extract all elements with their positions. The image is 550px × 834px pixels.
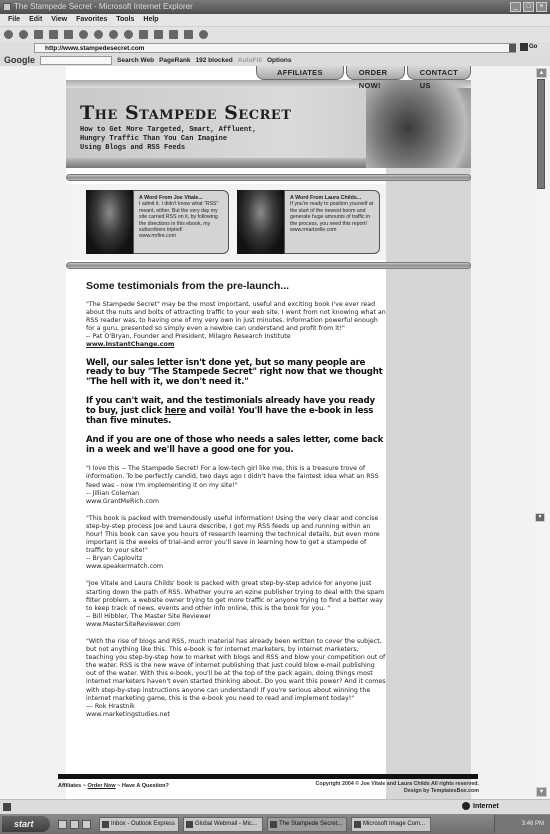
divider-bar: [66, 262, 471, 269]
testimonial-author: -- Pat O'Bryan, Founder and President, M…: [86, 333, 386, 341]
menu-file[interactable]: File: [8, 14, 20, 26]
task-webmail[interactable]: Global Webmail - Mic...: [183, 817, 263, 832]
site-nav: AFFILIATES ORDER NOW! CONTACT US: [256, 66, 471, 80]
site-header: The Stampede Secret How to Get More Targ…: [66, 80, 471, 168]
header-face-image: [366, 80, 471, 168]
task-image-composer[interactable]: Microsoft Image Com...: [351, 817, 431, 832]
order-here-link[interactable]: here: [165, 406, 186, 416]
search-web-button[interactable]: Search Web: [117, 57, 154, 64]
menu-favorites[interactable]: Favorites: [76, 14, 107, 26]
mail-icon[interactable]: [139, 30, 148, 39]
minimize-button[interactable]: _: [510, 2, 521, 12]
print-icon[interactable]: [154, 30, 163, 39]
page-status-icon: [3, 803, 11, 811]
title-bar: The Stampede Secret - Microsoft Internet…: [0, 0, 550, 14]
testimonial: "Joe Vitale and Laura Childs' book is pa…: [86, 580, 386, 629]
globe-icon: [462, 802, 470, 810]
scroll-down-button[interactable]: ▼: [536, 787, 547, 797]
promo-joe: A Word From Joe Vitale... I admit it. I …: [86, 190, 229, 254]
quick-launch: [58, 820, 91, 829]
testimonial-link[interactable]: www.MasterSiteReviewer.com: [86, 621, 386, 629]
security-zone: Internet: [462, 802, 499, 810]
maximize-button[interactable]: □: [523, 2, 534, 12]
menu-bar: File Edit View Favorites Tools Help: [0, 14, 550, 26]
scroll-thumb[interactable]: [537, 79, 545, 189]
clock[interactable]: 3:46 PM: [522, 821, 544, 827]
testimonial-author: -- Jillian Coleman: [86, 490, 386, 498]
favorites-icon[interactable]: [94, 30, 103, 39]
footer-copyright: Copyright 2004 © Joe Vitale and Laura Ch…: [316, 781, 479, 794]
testimonial: "This book is packed with tremendously u…: [86, 515, 386, 572]
menu-help[interactable]: Help: [143, 14, 158, 26]
promo-text: I admit it. I didn't know what "RSS" mea…: [139, 201, 218, 233]
site-title: The Stampede Secret: [80, 102, 291, 124]
edit-icon[interactable]: [169, 30, 178, 39]
popup-blocked-button[interactable]: 192 blocked: [196, 57, 233, 64]
task-stampede[interactable]: The Stampede Secret...: [267, 817, 347, 832]
media-quicklaunch-icon[interactable]: [82, 820, 91, 829]
nav-affiliates[interactable]: AFFILIATES: [256, 66, 344, 80]
ie-window: The Stampede Secret - Microsoft Internet…: [0, 0, 550, 834]
promo-text: If you're ready to position yourself at …: [290, 201, 373, 226]
task-outlook[interactable]: Inbox - Outlook Express: [99, 817, 179, 832]
pitch-paragraph-1: Well, our sales letter isn't done yet, b…: [86, 359, 386, 388]
status-bar: Internet: [0, 799, 550, 814]
pagerank-indicator[interactable]: PageRank: [159, 57, 190, 64]
testimonial-author: -- Bill Hibbler, The Master Site Reviewe…: [86, 613, 386, 621]
go-arrow-icon: [520, 43, 528, 51]
testimonial-link[interactable]: www.GrantMeRich.com: [86, 498, 386, 506]
back-icon[interactable]: [4, 30, 13, 39]
menu-view[interactable]: View: [51, 14, 67, 26]
address-dropdown[interactable]: [509, 44, 516, 52]
design-credit: Design by TemplatesBox.com: [316, 788, 479, 795]
stop-icon[interactable]: [34, 30, 43, 39]
ie-icon: [3, 3, 11, 11]
page-viewport: The Stampede Secret How to Get More Targ…: [0, 66, 535, 799]
promo-section: A Word From Joe Vitale... I admit it. I …: [66, 184, 386, 260]
menu-edit[interactable]: Edit: [29, 14, 42, 26]
history-icon[interactable]: [124, 30, 133, 39]
footer-links: Affiliates ~ Order Now ~ Have A Question…: [58, 783, 169, 789]
media-icon[interactable]: [109, 30, 118, 39]
nav-contact-us[interactable]: CONTACT US: [407, 66, 471, 80]
promo-link[interactable]: www.rmartzelle.com: [290, 227, 336, 233]
main-content: Some testimonials from the pre-launch...…: [86, 280, 386, 728]
nav-order-now[interactable]: ORDER NOW!: [346, 66, 405, 80]
site-subtitle: How to Get More Targeted, Smart, Affluen…: [80, 126, 256, 153]
divider-bar: [66, 174, 471, 181]
testimonial: "The Stampede Secret" may be the most im…: [86, 301, 386, 350]
google-toolbar: Google Search Web PageRank 192 blocked A…: [0, 54, 550, 66]
options-button[interactable]: Options: [267, 57, 292, 64]
testimonial-author: --- Rok Hrastnik: [86, 703, 386, 711]
go-button[interactable]: Go: [520, 43, 537, 51]
system-tray: 3:46 PM: [494, 815, 550, 833]
taskbar: start Inbox - Outlook Express Global Web…: [0, 814, 550, 834]
testimonial: "I love this -- The Stampede Secret! For…: [86, 465, 386, 505]
footer-question-link[interactable]: Have A Question?: [122, 783, 169, 789]
standard-toolbar: [0, 26, 550, 42]
testimonial-link[interactable]: www.speakermatch.com: [86, 563, 386, 571]
copyright-text: Copyright 2004 © Joe Vitale and Laura Ch…: [316, 781, 479, 788]
testimonial: "With the rise of blogs and RSS, much ma…: [86, 638, 386, 719]
pitch-paragraph-3: And if you are one of those who needs a …: [86, 436, 386, 455]
footer-divider: [58, 774, 478, 779]
testimonial-link[interactable]: www.marketingstudies.net: [86, 711, 386, 719]
home-icon[interactable]: [64, 30, 73, 39]
start-button[interactable]: start: [2, 816, 50, 832]
forward-icon[interactable]: [19, 30, 28, 39]
pitch-paragraph-2: If you can't wait, and the testimonials …: [86, 397, 386, 426]
stampede-site: The Stampede Secret How to Get More Targ…: [66, 66, 471, 799]
scroll-up-button[interactable]: ▲: [536, 68, 547, 78]
promo-link[interactable]: www.mrfire.com: [139, 233, 176, 239]
refresh-icon[interactable]: [49, 30, 58, 39]
search-icon[interactable]: [79, 30, 88, 39]
promo-laura: A Word From Laura Childs... If you're re…: [237, 190, 380, 254]
testimonials-heading: Some testimonials from the pre-launch...: [86, 280, 386, 292]
window-title: The Stampede Secret - Microsoft Internet…: [14, 2, 193, 11]
google-search-input[interactable]: [40, 56, 112, 65]
menu-tools[interactable]: Tools: [116, 14, 134, 26]
messenger-icon[interactable]: [199, 30, 208, 39]
address-bar: http://www.stampedesecret.com Go: [0, 42, 550, 54]
vertical-scrollbar[interactable]: ▲ ▼: [535, 66, 550, 799]
laura-photo: [237, 190, 284, 254]
scroll-down-arrow-icon[interactable]: ▼: [535, 513, 545, 522]
google-logo[interactable]: Google: [4, 55, 35, 65]
joe-photo: [86, 190, 133, 254]
discuss-icon[interactable]: [184, 30, 193, 39]
show-desktop-icon[interactable]: [58, 820, 67, 829]
footer-order-now-link[interactable]: Order Now: [88, 783, 116, 789]
testimonial-link[interactable]: www.InstantChange.com: [86, 341, 386, 349]
autofill-button[interactable]: AutoFill: [238, 57, 262, 64]
ie-quicklaunch-icon[interactable]: [70, 820, 79, 829]
close-button[interactable]: ×: [536, 2, 547, 12]
testimonial-author: -- Bryan Caplovitz: [86, 555, 386, 563]
footer-affiliates-link[interactable]: Affiliates: [58, 783, 81, 789]
address-input[interactable]: http://www.stampedesecret.com: [34, 43, 516, 53]
